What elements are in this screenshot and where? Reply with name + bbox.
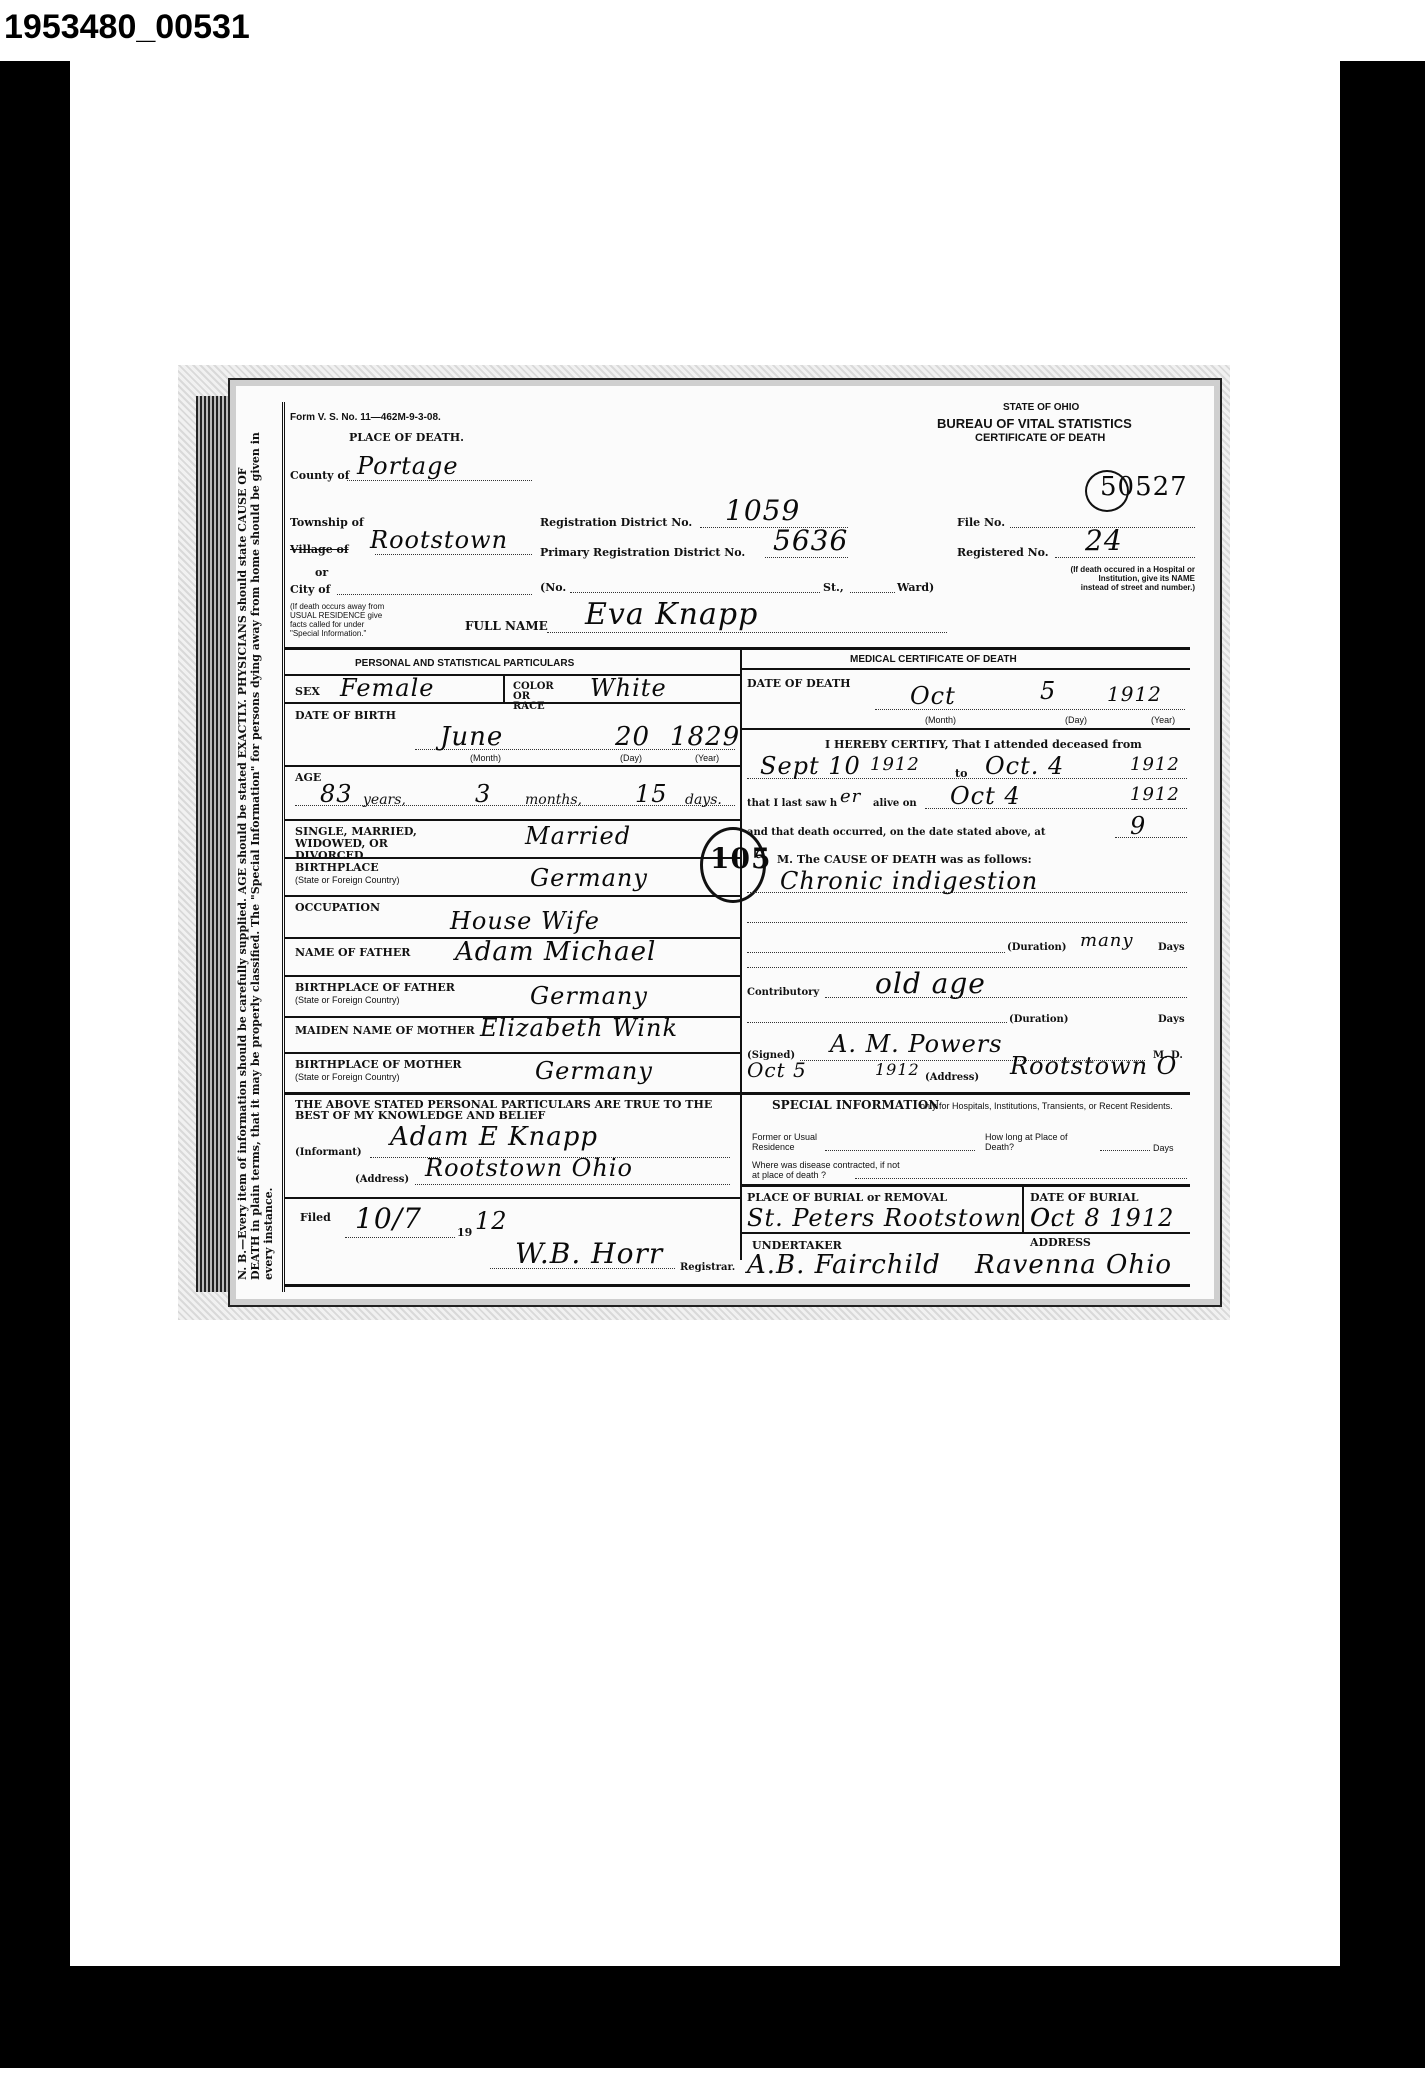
full-name-label: FULL NAME (465, 620, 548, 632)
sex-value: Female (340, 674, 435, 702)
to-label: to (955, 768, 967, 780)
divider (285, 765, 740, 767)
dod-label: DATE OF DEATH (747, 678, 851, 690)
attended-to-year: 1912 (1130, 754, 1180, 775)
former-residence-label: Former or Usual Residence (752, 1132, 832, 1152)
filed-year: 12 (475, 1207, 508, 1235)
village-label: Village of (290, 544, 349, 556)
former-residence-line (825, 1150, 975, 1151)
age-months: 3 (475, 780, 491, 808)
informant-address-line (415, 1184, 730, 1185)
side-instructions: N. B.—Every item of information should b… (236, 420, 276, 1280)
street-label: (No. (540, 582, 566, 594)
informant-address-label: (Address) (355, 1174, 409, 1186)
reg-district-value: 1059 (725, 494, 800, 527)
father-birthplace-label: BIRTHPLACE OF FATHER (295, 982, 455, 994)
dod-day-caption: (Day) (1065, 714, 1087, 726)
age-days: 15 (635, 780, 668, 808)
contributory-label: Contributory (747, 987, 819, 999)
age-years: 83 (320, 780, 353, 808)
cause-value: Chronic indigestion (780, 867, 1038, 895)
scan-frame-right (1340, 61, 1425, 1966)
city-line (337, 594, 532, 595)
contributory-value: old age (875, 967, 986, 1000)
how-long-label: How long at Place of Death? (985, 1132, 1095, 1152)
contributory-line-2 (747, 1022, 1007, 1023)
informant-label: (Informant) (295, 1147, 362, 1159)
dod-year: 1912 (1107, 682, 1162, 706)
how-long-line (1100, 1150, 1150, 1151)
township-label: Township of (290, 517, 364, 529)
divider (742, 1232, 1190, 1234)
place-of-death-title: PLACE OF DEATH. (349, 432, 464, 444)
occupation-label: OCCUPATION (295, 902, 380, 914)
race-label: COLOR OR RACE (513, 682, 563, 712)
dod-day: 5 (1040, 677, 1056, 705)
personal-section-title: PERSONAL AND STATISTICAL PARTICULARS (355, 658, 574, 669)
scan-frame-left (0, 61, 70, 1966)
street-line (570, 592, 820, 593)
physician-address-label: (Address) (925, 1072, 979, 1084)
filed-line (345, 1237, 455, 1238)
divider (1022, 1187, 1024, 1232)
township-line (375, 554, 532, 555)
registered-no-value: 24 (1085, 524, 1123, 557)
age-label: AGE (295, 772, 321, 784)
duration2-label: (Duration) (1009, 1014, 1069, 1026)
undertaker-value: A.B. Fairchild (747, 1250, 941, 1280)
ward-line (850, 592, 895, 593)
or-label: or (315, 567, 328, 579)
attended-from: Sept 10 (760, 752, 861, 780)
divider (742, 1184, 1190, 1187)
race-value: White (590, 674, 667, 702)
certificate-title: CERTIFICATE OF DEATH (975, 432, 1105, 444)
attestation-text: THE ABOVE STATED PERSONAL PARTICULARS AR… (295, 1099, 735, 1121)
divider (285, 702, 740, 704)
form-number: Form V. S. No. 11—462M-9-3-08. (290, 412, 441, 424)
mother-value: Elizabeth Wink (480, 1014, 678, 1042)
special-info-title: SPECIAL INFORMATION (772, 1099, 939, 1111)
marital-value: Married (525, 822, 631, 850)
burial-place-label: PLACE OF BURIAL or REMOVAL (747, 1192, 947, 1204)
duration-label: (Duration) (1007, 942, 1067, 954)
dod-year-caption: (Year) (1151, 714, 1175, 726)
registrar-signature: W.B. Horr (515, 1237, 663, 1270)
bureau-title: BUREAU OF VITAL STATISTICS (937, 416, 1132, 431)
registrar-line (490, 1268, 675, 1269)
primary-reg-label: Primary Registration District No. (540, 547, 745, 559)
how-long-days-label: Days (1153, 1142, 1174, 1154)
file-no-label: File No. (957, 517, 1005, 529)
side-instructions-text: N. B.—Every item of information should b… (236, 420, 275, 1280)
registered-no-label: Registered No. (957, 547, 1049, 559)
informant-address-value: Rootstown Ohio (425, 1154, 633, 1182)
meridiem: a (755, 842, 767, 863)
dob-year-caption: (Year) (695, 752, 719, 764)
undertaker-address-label: ADDRESS (1030, 1237, 1091, 1249)
father-birthplace-sub: (State or Foreign Country) (295, 994, 400, 1006)
filed-date: 10/7 (355, 1202, 422, 1235)
divider (285, 647, 1190, 650)
cause-line-2 (747, 922, 1187, 923)
card-edge-stack (196, 396, 228, 1292)
dob-day: 20 (615, 722, 650, 752)
attended-from-year: 1912 (870, 754, 920, 775)
away-note: (If death occurs away from USUAL RESIDEN… (290, 602, 390, 638)
divider (285, 857, 740, 859)
contracted-line (855, 1178, 1187, 1179)
signed-date: Oct 5 (747, 1058, 807, 1082)
birthplace-value: Germany (530, 864, 648, 892)
dod-month-caption: (Month) (925, 714, 956, 726)
last-saw-pronoun: er (840, 786, 861, 807)
contracted-label: Where was disease contracted, if not at … (752, 1160, 902, 1180)
death-hour: 9 (1130, 812, 1146, 840)
full-name-value: Eva Knapp (585, 597, 758, 632)
hospital-note: (If death occured in a Hospital or Insti… (1070, 565, 1195, 592)
ward-label: Ward) (897, 582, 934, 594)
mother-label: MAIDEN NAME OF MOTHER (295, 1025, 475, 1037)
township-value: Rootstown (370, 526, 508, 554)
reg-district-label: Registration District No. (540, 517, 692, 529)
primary-reg-line (765, 557, 848, 558)
registered-no-line (1055, 557, 1195, 558)
duration2-days-label: Days (1158, 1014, 1185, 1026)
father-label: NAME OF FATHER (295, 947, 410, 959)
attended-to: Oct. 4 (985, 752, 1064, 780)
certify-text: I HEREBY CERTIFY, That I attended deceas… (825, 739, 1142, 751)
dob-year: 1829 (670, 722, 740, 752)
physician-value: A. M. Powers (830, 1030, 1003, 1058)
mother-birthplace-label: BIRTHPLACE OF MOTHER (295, 1059, 462, 1071)
last-saw-label: that I last saw h (747, 798, 837, 810)
divider (285, 975, 740, 977)
dob-label: DATE OF BIRTH (295, 710, 396, 722)
burial-date-value: Oct 8 1912 (1030, 1204, 1174, 1232)
medical-section-title: MEDICAL CERTIFICATE OF DEATH (850, 654, 1017, 665)
primary-reg-value: 5636 (773, 524, 848, 557)
filed-label: Filed (300, 1212, 331, 1224)
cause-label: M. The CAUSE OF DEATH was as follows: (777, 854, 1032, 866)
cause-line-3 (747, 952, 1005, 953)
burial-date-label: DATE OF BURIAL (1030, 1192, 1139, 1204)
divider (285, 819, 740, 821)
divider (285, 1092, 740, 1095)
county-value: Portage (357, 452, 459, 480)
mother-birthplace-value: Germany (535, 1057, 653, 1085)
death-occurred-text: and that death occurred, on the date sta… (747, 827, 1046, 839)
burial-place-value: St. Peters Rootstown O. (747, 1204, 1058, 1232)
father-value: Adam Michael (455, 937, 656, 967)
dob-day-caption: (Day) (620, 752, 642, 764)
duration-days-label: Days (1158, 942, 1185, 954)
undertaker-address-value: Ravenna Ohio (975, 1250, 1172, 1280)
divider (285, 895, 740, 897)
years-caption: years, (363, 794, 406, 806)
frame-divider (0, 2079, 1425, 2083)
alive-on-label: alive on (873, 798, 917, 810)
father-birthplace-value: Germany (530, 982, 648, 1010)
divider (503, 674, 505, 702)
occupation-value: House Wife (450, 907, 600, 935)
scan-frame-bottom (0, 1966, 1425, 2068)
dob-month-caption: (Month) (470, 752, 501, 764)
physician-address-value: Rootstown O (1010, 1052, 1177, 1080)
state-title: STATE OF OHIO (1003, 402, 1079, 413)
certificate-form: Form V. S. No. 11—462M-9-3-08. PLACE OF … (282, 402, 1210, 1292)
informant-value: Adam E Knapp (390, 1122, 598, 1152)
dod-month: Oct (910, 682, 956, 710)
last-saw-date: Oct 4 (950, 782, 1021, 810)
dob-month: June (440, 722, 503, 752)
column-divider (740, 650, 742, 1260)
registrar-label: Registrar. (680, 1262, 735, 1274)
divider (742, 668, 1190, 670)
mother-birthplace-sub: (State or Foreign Country) (295, 1071, 400, 1083)
county-label: County of (290, 470, 349, 482)
county-line (347, 480, 532, 481)
months-caption: months, (525, 794, 582, 806)
file-no-circle (1085, 470, 1129, 512)
filed-year-prefix: 19 (457, 1227, 472, 1239)
birthplace-sub: (State or Foreign Country) (295, 874, 400, 886)
age-line (295, 805, 735, 806)
page-id-label: 1953480_00531 (4, 8, 250, 47)
divider (742, 728, 1190, 730)
days-caption: days. (685, 794, 722, 806)
divider (285, 1197, 740, 1199)
st-label: St., (823, 582, 844, 594)
divider (285, 1284, 1190, 1287)
duration-value: many (1080, 930, 1134, 951)
divider (742, 1092, 1190, 1095)
birthplace-label: BIRTHPLACE (295, 862, 379, 874)
frame-divider (0, 2090, 1425, 2093)
special-info-subtitle: only for Hospitals, Institutions, Transi… (920, 1101, 1185, 1111)
city-label: City of (290, 584, 330, 596)
last-saw-year: 1912 (1130, 784, 1180, 805)
full-name-line (547, 632, 947, 633)
death-hour-line (1115, 837, 1187, 838)
signed-year: 1912 (875, 1060, 920, 1079)
divider (285, 1052, 740, 1054)
sex-label: SEX (295, 686, 320, 698)
